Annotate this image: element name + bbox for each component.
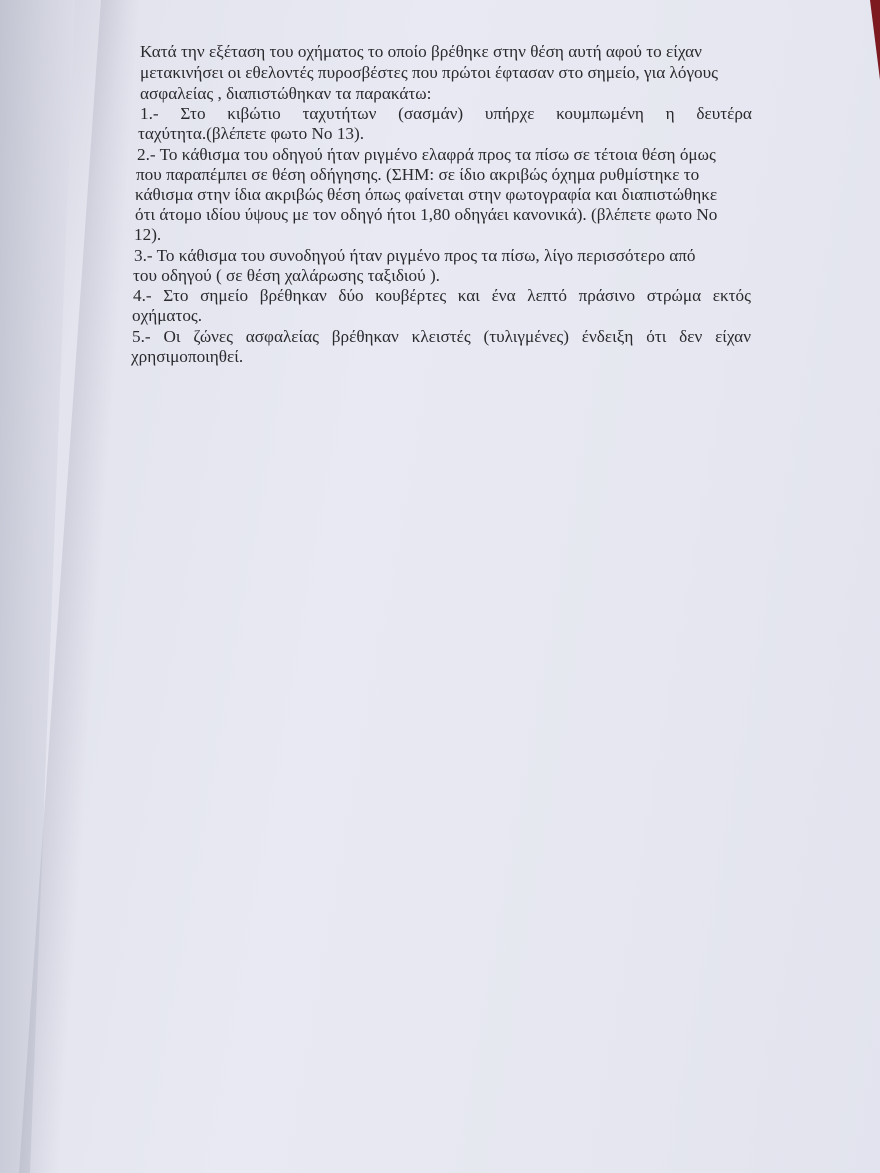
- word: δύο: [338, 286, 363, 306]
- finding-2-line-4: ότι άτομο ιδίου ύψους με τον οδηγό ήτοι …: [135, 205, 717, 225]
- word: εκτός: [713, 286, 751, 306]
- word: (σασμάν): [398, 104, 463, 124]
- intro-line-3: ασφαλείας , διαπιστώθηκαν τα παρακάτω:: [140, 84, 431, 104]
- word: 5.-: [132, 327, 151, 347]
- word: 1.-: [140, 104, 159, 124]
- intro-line-1: Κατά την εξέταση του οχήματος το οποίο β…: [140, 42, 766, 62]
- finding-2-line-1: 2.- Το κάθισμα του οδηγού ήταν ριγμένο ε…: [137, 145, 716, 165]
- intro-line-2: μετακινήσει οι εθελοντές πυροσβέστες που…: [140, 63, 766, 83]
- word: δεν: [679, 327, 702, 347]
- finding-3-line-2: του οδηγού ( σε θέση χαλάρωσης ταξιδιού …: [133, 266, 440, 286]
- finding-2-line-3: κάθισμα στην ίδια ακριβώς θέση όπως φαίν…: [135, 185, 717, 205]
- word: στρώμα: [647, 286, 701, 306]
- word: κουμπωμένη: [556, 104, 644, 124]
- word: κιβώτιο: [227, 104, 280, 124]
- word: κουβέρτες: [375, 286, 446, 306]
- word: Οι: [163, 327, 180, 347]
- finding-2-line-2: που παραπέμπει σε θέση οδήγησης. (ΣΗΜ: σ…: [136, 165, 699, 185]
- word: υπήρχε: [485, 104, 535, 124]
- word: (τυλιγμένες): [484, 327, 569, 347]
- finding-1-line-1: 1.- Στο κιβώτιο ταχυτήτων (σασμάν) υπήρχ…: [140, 104, 752, 124]
- word: είχαν: [715, 327, 751, 347]
- word: Στο: [163, 286, 188, 306]
- finding-1-line-2: ταχύτητα.(βλέπετε φωτο Νο 13).: [138, 124, 364, 144]
- word: 4.-: [133, 286, 152, 306]
- word: Στο: [180, 104, 205, 124]
- word: ένδειξη: [582, 327, 634, 347]
- finding-5-line-2: χρησιμοποιηθεί.: [131, 347, 243, 367]
- word: πράσινο: [579, 286, 636, 306]
- word: ένα: [492, 286, 516, 306]
- word: δευτέρα: [696, 104, 752, 124]
- word: ταχυτήτων: [302, 104, 376, 124]
- word: ασφαλείας: [246, 327, 319, 347]
- finding-4-line-1: 4.- Στο σημείο βρέθηκαν δύο κουβέρτες κα…: [133, 286, 751, 306]
- finding-5-line-1: 5.- Οι ζώνες ασφαλείας βρέθηκαν κλειστές…: [132, 327, 751, 347]
- word: ότι: [646, 327, 666, 347]
- word: βρέθηκαν: [332, 327, 399, 347]
- word: ζώνες: [193, 327, 233, 347]
- word: λεπτό: [527, 286, 567, 306]
- word: και: [458, 286, 480, 306]
- finding-2-line-5: 12).: [134, 225, 161, 245]
- document-page: Κατά την εξέταση του οχήματος το οποίο β…: [0, 0, 880, 1173]
- word: η: [666, 104, 675, 124]
- word: βρέθηκαν: [260, 286, 327, 306]
- word: σημείο: [200, 286, 248, 306]
- word: κλειστές: [412, 327, 471, 347]
- finding-3-line-1: 3.- Το κάθισμα του συνοδηγού ήταν ριγμέν…: [134, 246, 696, 266]
- finding-4-line-2: οχήματος.: [132, 306, 202, 326]
